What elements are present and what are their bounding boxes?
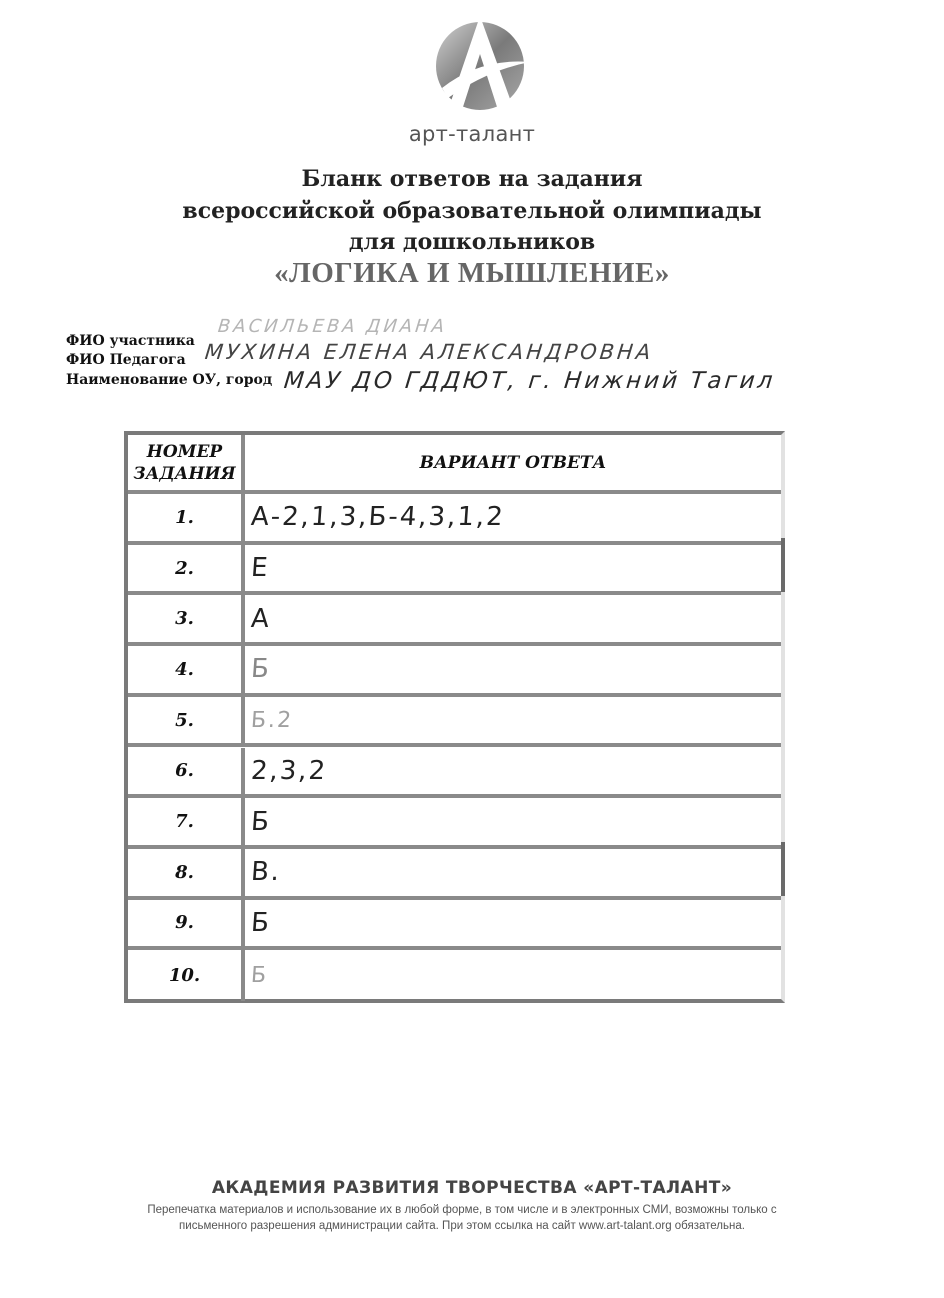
answer-value: 2,3,2 bbox=[250, 756, 328, 786]
answer-cell[interactable]: А bbox=[245, 595, 781, 642]
answer-cell[interactable]: Б bbox=[245, 900, 781, 947]
answer-value: Б bbox=[250, 654, 272, 684]
answer-cell[interactable]: Б bbox=[245, 646, 781, 693]
header-number-line-1: НОМЕР bbox=[147, 442, 222, 462]
teacher-name-field[interactable]: МУХИНА ЕЛЕНА АЛЕКСАНДРОВНА bbox=[204, 340, 655, 364]
school-label: Наименование ОУ, город bbox=[66, 372, 272, 388]
answer-value: Б bbox=[250, 963, 269, 988]
table-row: 4.Б bbox=[128, 646, 781, 697]
answer-value: Б bbox=[250, 807, 272, 837]
footer-copyright-note: Перепечатка материалов и использование и… bbox=[92, 1202, 832, 1234]
answer-value: А-2,1,3,Б-4,3,1,2 bbox=[250, 502, 506, 532]
brand-name: арт-талант bbox=[0, 122, 944, 146]
answer-cell[interactable]: Б bbox=[245, 950, 781, 1001]
task-number: 8. bbox=[128, 849, 245, 896]
task-number: 9. bbox=[128, 900, 245, 947]
art-talant-logo-icon bbox=[418, 14, 542, 114]
answer-value: Е bbox=[250, 553, 271, 583]
student-name-field[interactable]: ВАСИЛЬЕВА ДИАНА bbox=[217, 316, 448, 337]
answer-cell[interactable]: Б.2 bbox=[245, 697, 781, 744]
form-title-line-1: Бланк ответов на задания bbox=[0, 166, 944, 192]
table-row: 6.2,3,2 bbox=[128, 748, 781, 799]
column-header-task-number: НОМЕРЗАДАНИЯ bbox=[128, 435, 245, 490]
school-city-field[interactable]: МАУ ДО ГДДЮТ, г. Нижний Тагил bbox=[283, 368, 777, 394]
column-header-answer: ВАРИАНТ ОТВЕТА bbox=[245, 435, 781, 490]
answer-cell[interactable]: А-2,1,3,Б-4,3,1,2 bbox=[245, 494, 781, 541]
table-row: 8.В. bbox=[128, 849, 781, 900]
table-row: 5.Б.2 bbox=[128, 697, 781, 748]
footer-title: АКАДЕМИЯ РАЗВИТИЯ ТВОРЧЕСТВА «АРТ-ТАЛАНТ… bbox=[0, 1178, 944, 1198]
answer-cell[interactable]: 2,3,2 bbox=[245, 748, 781, 795]
teacher-label: ФИО Педагога bbox=[66, 352, 186, 368]
task-number: 5. bbox=[128, 697, 245, 744]
task-number: 7. bbox=[128, 798, 245, 845]
task-number: 4. bbox=[128, 646, 245, 693]
answer-value: В. bbox=[250, 857, 282, 887]
table-row: 3.А bbox=[128, 595, 781, 646]
table-row: 9.Б bbox=[128, 900, 781, 951]
answer-cell[interactable]: Б bbox=[245, 798, 781, 845]
table-row: 2.Е bbox=[128, 545, 781, 596]
task-number: 1. bbox=[128, 494, 245, 541]
olympiad-name: «ЛОГИКА И МЫШЛЕНИЕ» bbox=[0, 257, 944, 290]
form-title-line-2: всероссийской образовательной олимпиады bbox=[0, 198, 944, 224]
task-number: 10. bbox=[128, 950, 245, 1001]
task-number: 3. bbox=[128, 595, 245, 642]
answer-value: А bbox=[250, 604, 272, 634]
answer-value: Б.2 bbox=[250, 708, 294, 733]
border-segment bbox=[781, 538, 785, 592]
student-label: ФИО участника bbox=[66, 333, 195, 349]
table-header-row: НОМЕРЗАДАНИЯ ВАРИАНТ ОТВЕТА bbox=[128, 435, 781, 494]
answers-table: НОМЕРЗАДАНИЯ ВАРИАНТ ОТВЕТА 1.А-2,1,3,Б-… bbox=[124, 431, 785, 1003]
footer-note-line-1: Перепечатка материалов и использование и… bbox=[92, 1202, 832, 1218]
form-title-line-3: для дошкольников bbox=[0, 229, 944, 255]
border-segment bbox=[781, 842, 785, 896]
table-row: 1.А-2,1,3,Б-4,3,1,2 bbox=[128, 494, 781, 545]
table-row: 10.Б bbox=[128, 950, 781, 1001]
table-row: 7.Б bbox=[128, 798, 781, 849]
task-number: 2. bbox=[128, 545, 245, 592]
footer-note-line-2: письменного разрешения администрации сай… bbox=[92, 1218, 832, 1234]
header-number-line-2: ЗАДАНИЯ bbox=[133, 464, 235, 484]
task-number: 6. bbox=[128, 748, 245, 795]
answer-cell[interactable]: Е bbox=[245, 545, 781, 592]
answer-cell[interactable]: В. bbox=[245, 849, 781, 896]
answer-value: Б bbox=[250, 908, 272, 938]
